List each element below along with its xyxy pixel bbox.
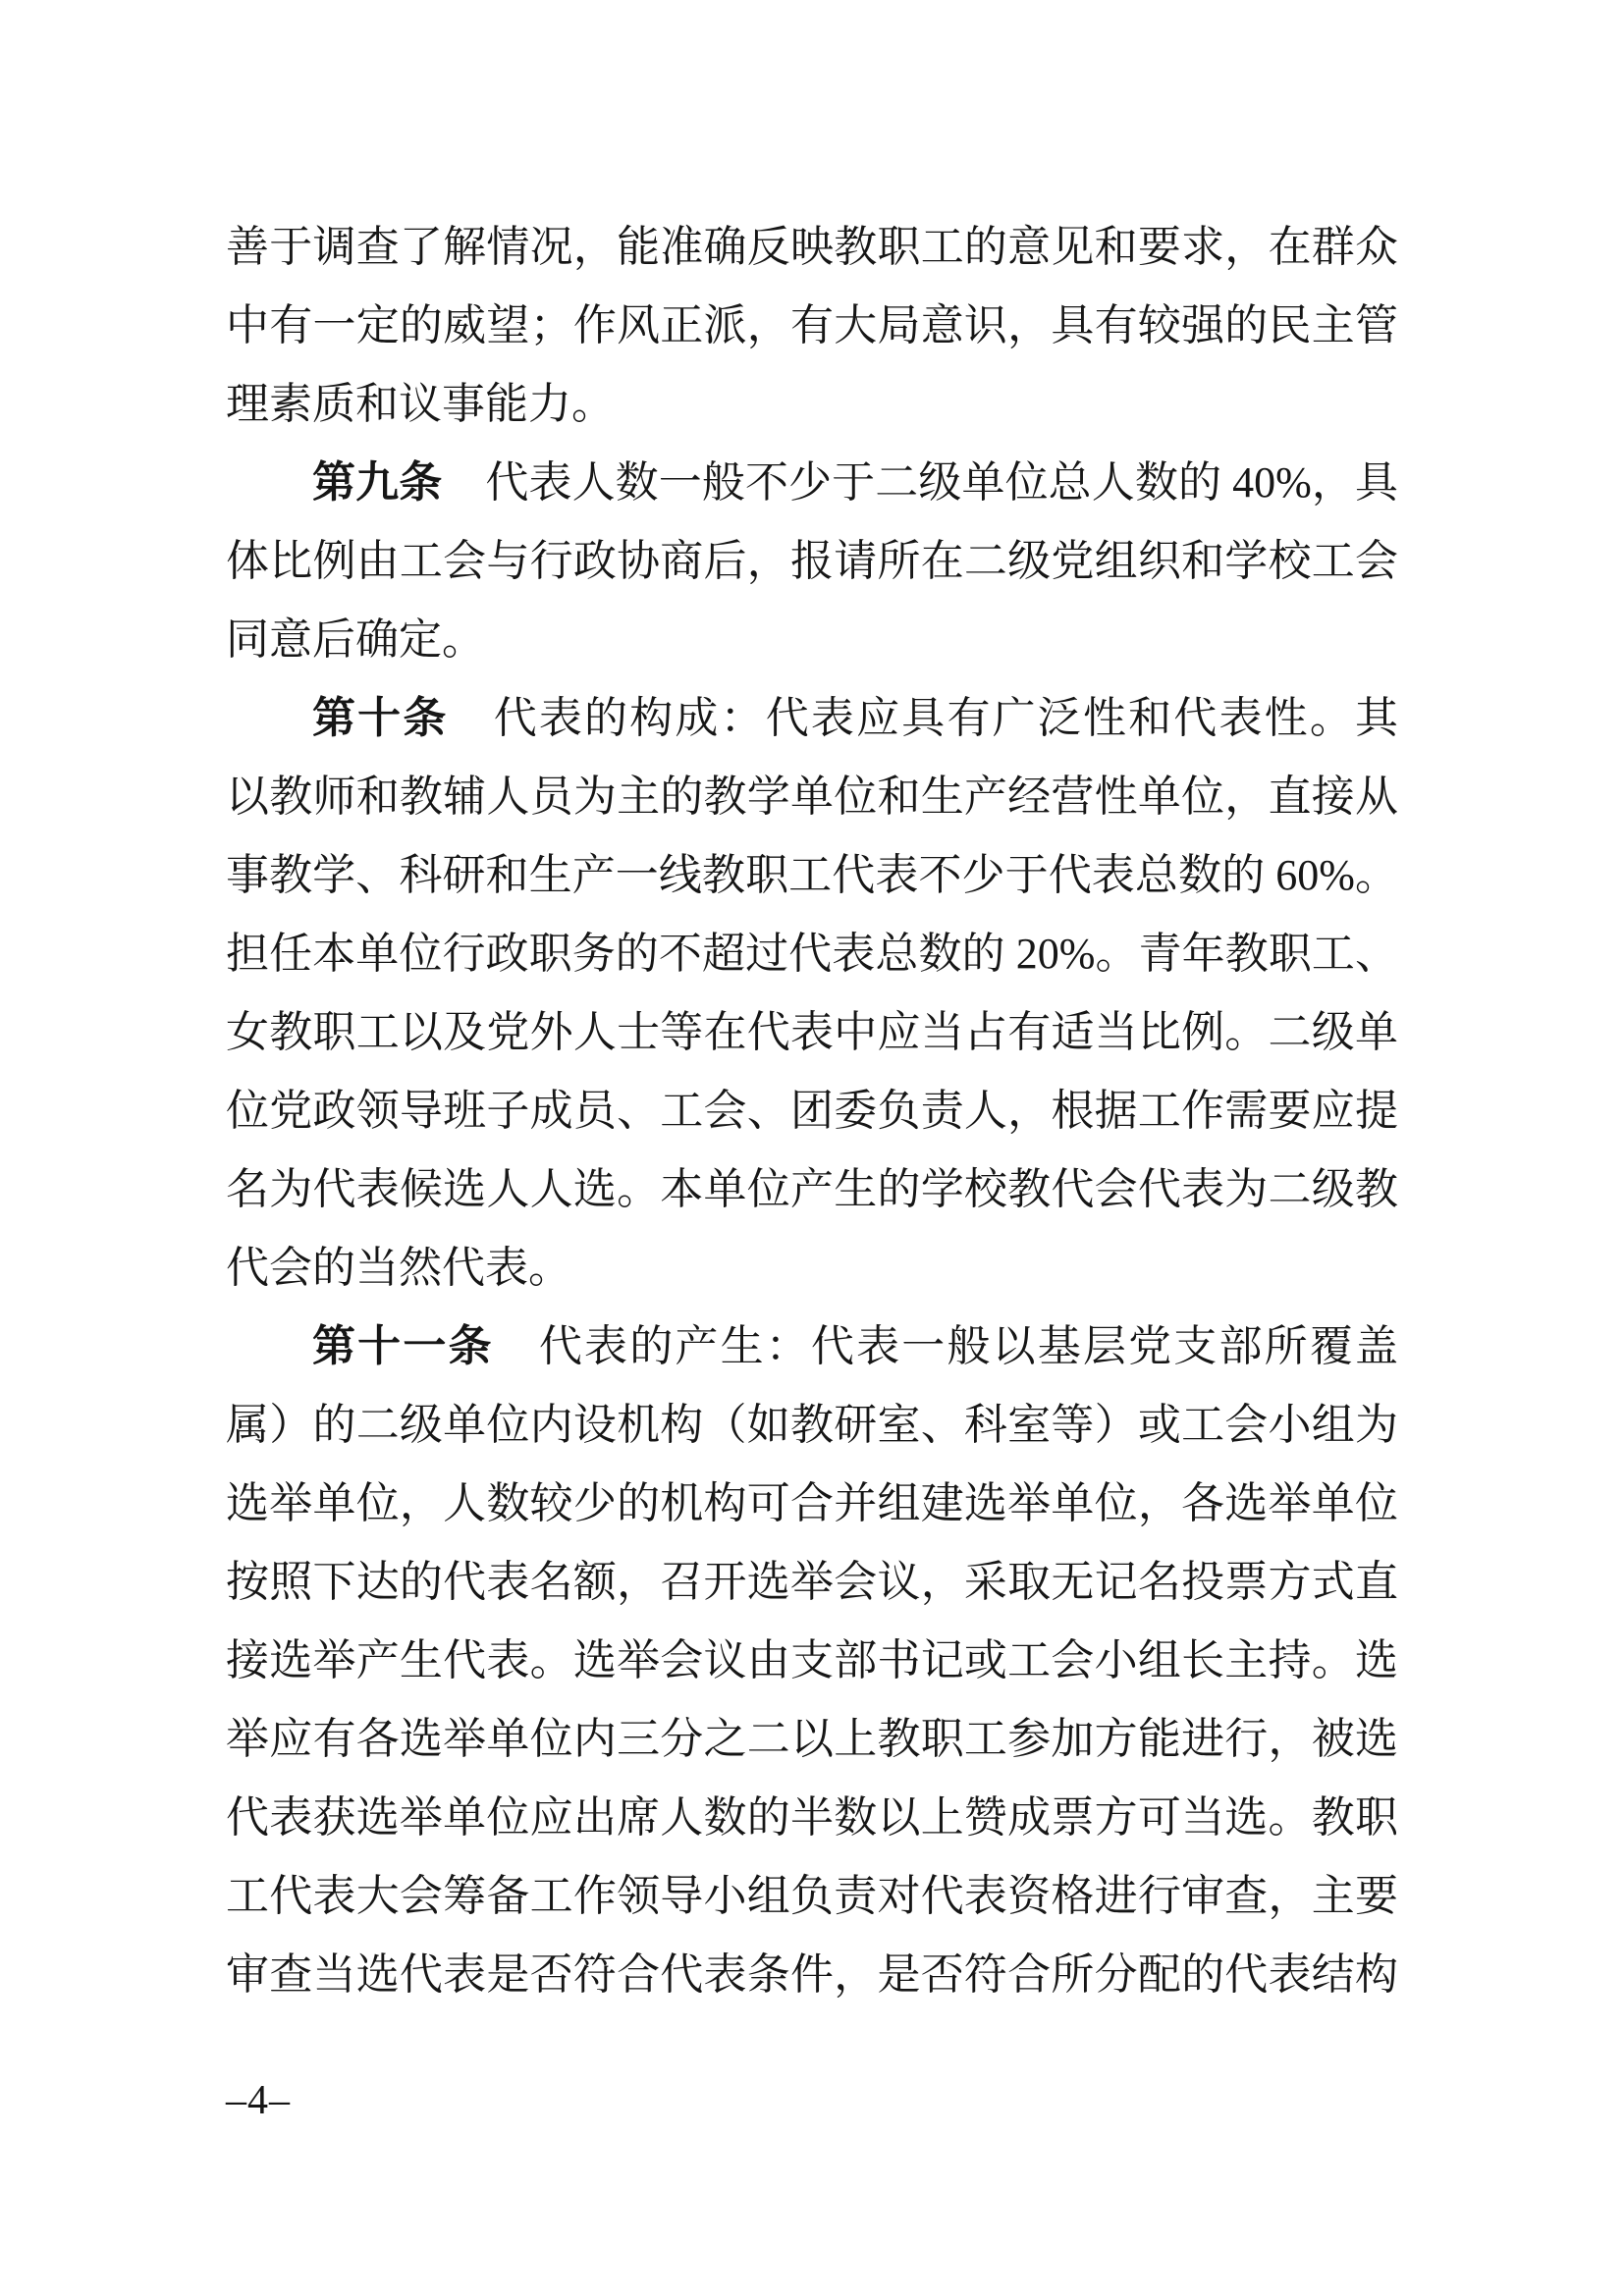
line-text: 代表获选举单位应出席人数的半数以上赞成票方可当选。教职 (226, 1793, 1398, 1842)
line-text: 女教职工以及党外人士等在代表中应当占有适当比例。二级单 (226, 1008, 1398, 1056)
text-line: 善于调查了解情况，能准确反映教职工的意见和要求，在群众 (226, 208, 1398, 287)
line-text: 事教学、科研和生产一线教职工代表不少于代表总数的 60%。 (226, 851, 1398, 899)
line-text: 位党政领导班子成员、工会、团委负责人，根据工作需要应提 (226, 1087, 1398, 1135)
article-11-heading: 第十一条 (312, 1322, 494, 1370)
text-line: 第九条 代表人数一般不少于二级单位总人数的 40%，具 (226, 444, 1398, 522)
line-text: 接选举产生代表。选举会议由支部书记或工会小组长主持。选 (226, 1636, 1398, 1684)
line-text: 善于调查了解情况，能准确反映教职工的意见和要求，在群众 (226, 223, 1398, 271)
text-line: 第十一条 代表的产生：代表一般以基层党支部所覆盖（所 (226, 1308, 1398, 1386)
line-text: 中有一定的威望；作风正派，有大局意识，具有较强的民主管 (226, 301, 1398, 349)
text-line: 同意后确定。 (226, 601, 1398, 679)
text-line: 理素质和议事能力。 (226, 365, 1398, 444)
line-text: 选举单位，人数较少的机构可合并组建选举单位，各选举单位 (226, 1479, 1398, 1527)
line-text: 以教师和教辅人员为主的教学单位和生产经营性单位，直接从 (226, 773, 1398, 821)
text-line: 工代表大会筹备工作领导小组负责对代表资格进行审查，主要 (226, 1857, 1398, 1936)
line-text: 体比例由工会与行政协商后，报请所在二级党组织和学校工会 (226, 537, 1398, 585)
line-text: 同意后确定。 (226, 615, 485, 664)
line-text: 属）的二级单位内设机构（如教研室、科室等）或工会小组为 (226, 1401, 1398, 1449)
line-text: 代会的当然代表。 (226, 1244, 571, 1292)
text-line: 担任本单位行政职务的不超过代表总数的 20%。青年教职工、 (226, 915, 1398, 993)
text-line: 代表获选举单位应出席人数的半数以上赞成票方可当选。教职 (226, 1779, 1398, 1857)
document-page: 善于调查了解情况，能准确反映教职工的意见和要求，在群众 中有一定的威望；作风正派… (0, 0, 1624, 2296)
text-line: 体比例由工会与行政协商后，报请所在二级党组织和学校工会 (226, 522, 1398, 601)
text-line: 接选举产生代表。选举会议由支部书记或工会小组长主持。选 (226, 1622, 1398, 1700)
text-line: 代会的当然代表。 (226, 1229, 1398, 1308)
text-line: 名为代表候选人人选。本单位产生的学校教代会代表为二级教 (226, 1150, 1398, 1229)
text-line: 举应有各选举单位内三分之二以上教职工参加方能进行，被选 (226, 1700, 1398, 1779)
text-line: 第十条 代表的构成：代表应具有广泛性和代表性。其中， (226, 679, 1398, 758)
page-number: –4– (226, 2073, 291, 2128)
line-text: 审查当选代表是否符合代表条件，是否符合所分配的代表结构 (226, 1950, 1398, 1999)
text-line: 中有一定的威望；作风正派，有大局意识，具有较强的民主管 (226, 287, 1398, 365)
line-text: 代表人数一般不少于二级单位总人数的 40%，具 (442, 458, 1398, 507)
text-line: 按照下达的代表名额，召开选举会议，采取无记名投票方式直 (226, 1543, 1398, 1622)
text-line: 选举单位，人数较少的机构可合并组建选举单位，各选举单位 (226, 1465, 1398, 1543)
article-9-heading: 第九条 (312, 458, 442, 507)
document-body: 善于调查了解情况，能准确反映教职工的意见和要求，在群众 中有一定的威望；作风正派… (226, 208, 1398, 2014)
line-text: 按照下达的代表名额，召开选举会议，采取无记名投票方式直 (226, 1558, 1398, 1606)
text-line: 审查当选代表是否符合代表条件，是否符合所分配的代表结构 (226, 1936, 1398, 2014)
line-text: 名为代表候选人人选。本单位产生的学校教代会代表为二级教 (226, 1165, 1398, 1213)
line-text: 理素质和议事能力。 (226, 380, 615, 428)
text-line: 事教学、科研和生产一线教职工代表不少于代表总数的 60%。 (226, 836, 1398, 915)
text-line: 属）的二级单位内设机构（如教研室、科室等）或工会小组为 (226, 1386, 1398, 1465)
text-line: 位党政领导班子成员、工会、团委负责人，根据工作需要应提 (226, 1072, 1398, 1150)
article-10-heading: 第十条 (312, 694, 449, 742)
line-text: 工代表大会筹备工作领导小组负责对代表资格进行审查，主要 (226, 1872, 1398, 1920)
text-line: 以教师和教辅人员为主的教学单位和生产经营性单位，直接从 (226, 758, 1398, 836)
text-line: 女教职工以及党外人士等在代表中应当占有适当比例。二级单 (226, 993, 1398, 1072)
line-text: 担任本单位行政职务的不超过代表总数的 20%。青年教职工、 (226, 930, 1398, 978)
line-text: 举应有各选举单位内三分之二以上教职工参加方能进行，被选 (226, 1715, 1398, 1763)
